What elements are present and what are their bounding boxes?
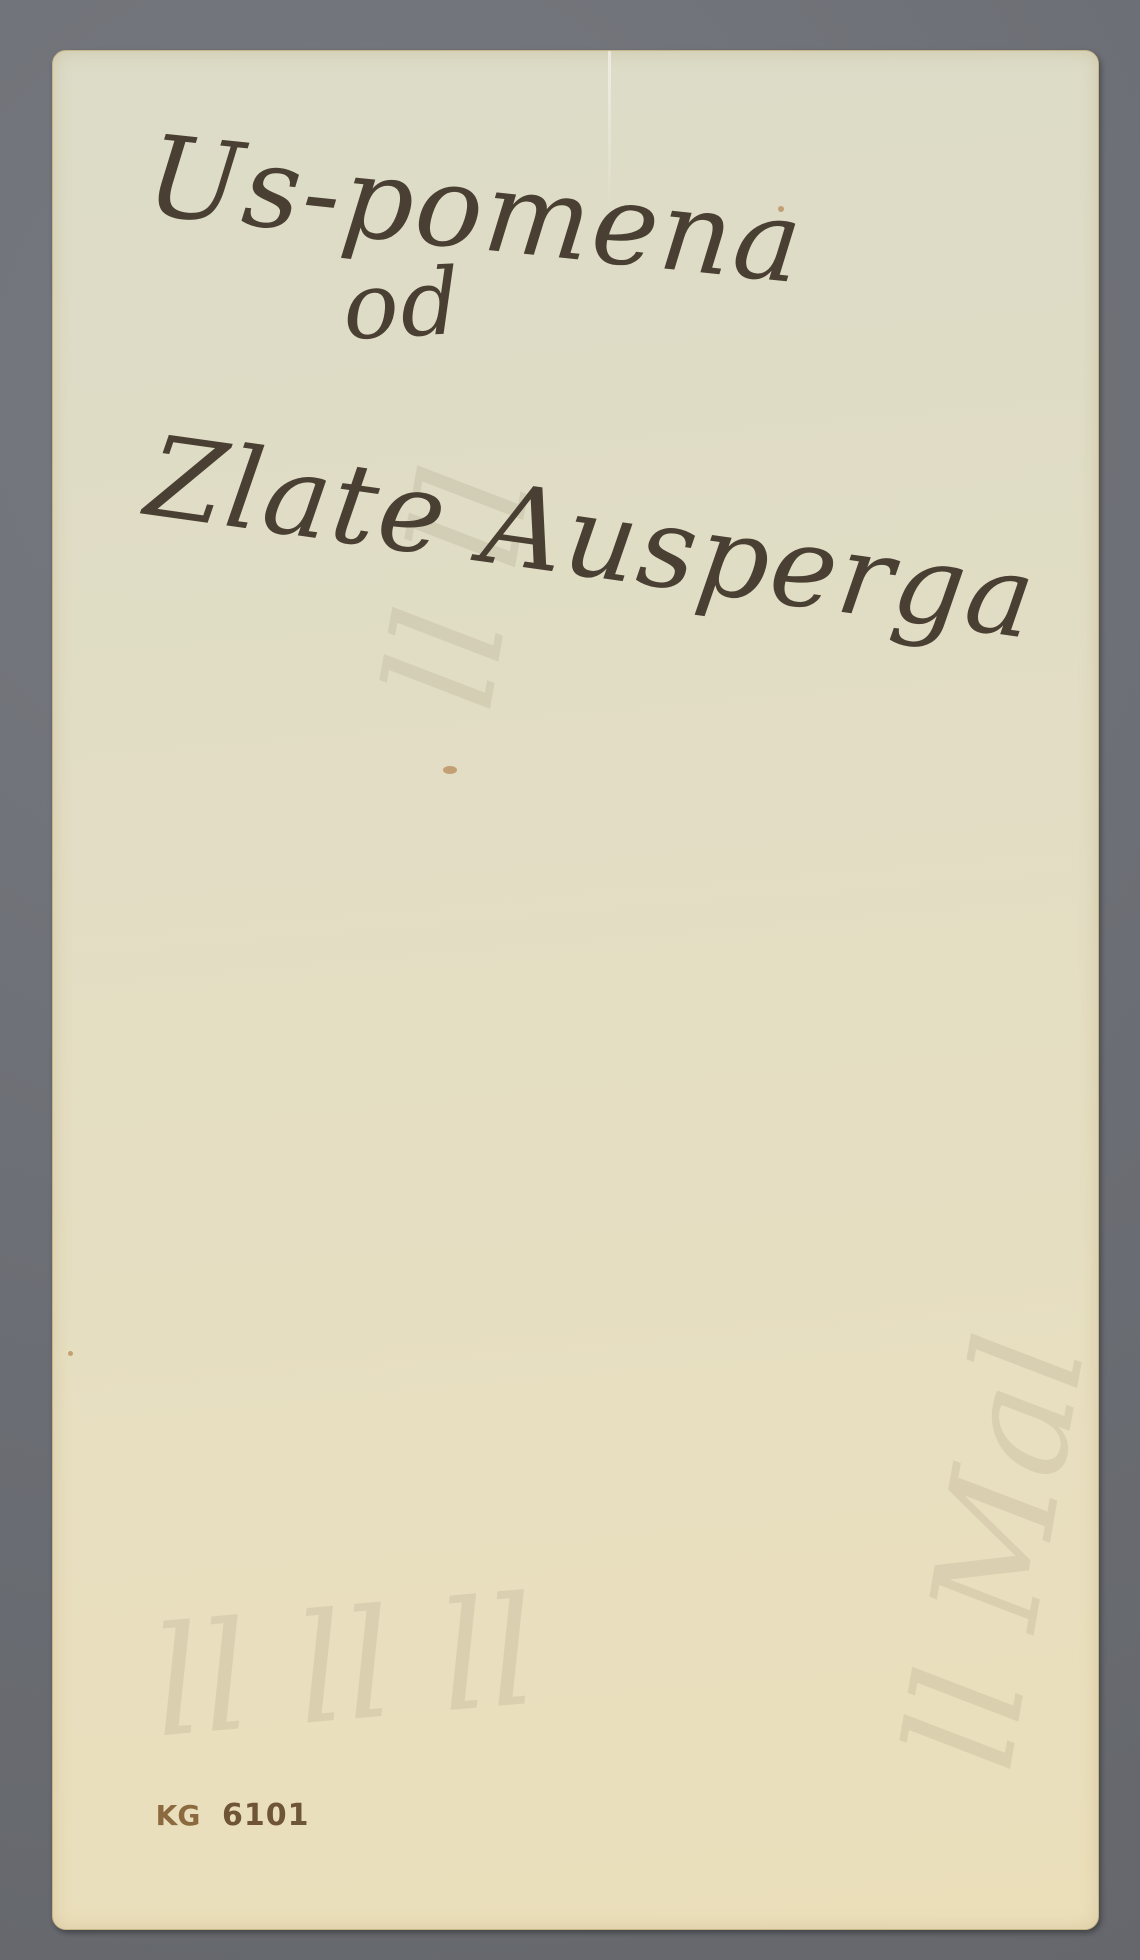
stain-spot <box>68 1351 73 1356</box>
handwriting-line-2: od <box>340 248 464 361</box>
stain-spot <box>778 206 784 212</box>
handwriting-line-1: Us-pomena <box>141 111 809 309</box>
publisher-logo-icon: KG <box>148 1796 208 1834</box>
bleed-through-text: ll ll ll <box>146 1565 543 1772</box>
handwriting-line-3: Zlate Ausperga <box>139 412 1044 665</box>
stain-spot <box>443 766 457 774</box>
printer-mark: KG 6101 <box>148 1796 310 1834</box>
card: ll ll ll Mal ll ll ll Us-pomena od Zlate… <box>52 50 1099 1930</box>
bleed-through-text: ll Mal <box>873 1323 1120 1781</box>
card-number: 6101 <box>222 1798 310 1833</box>
